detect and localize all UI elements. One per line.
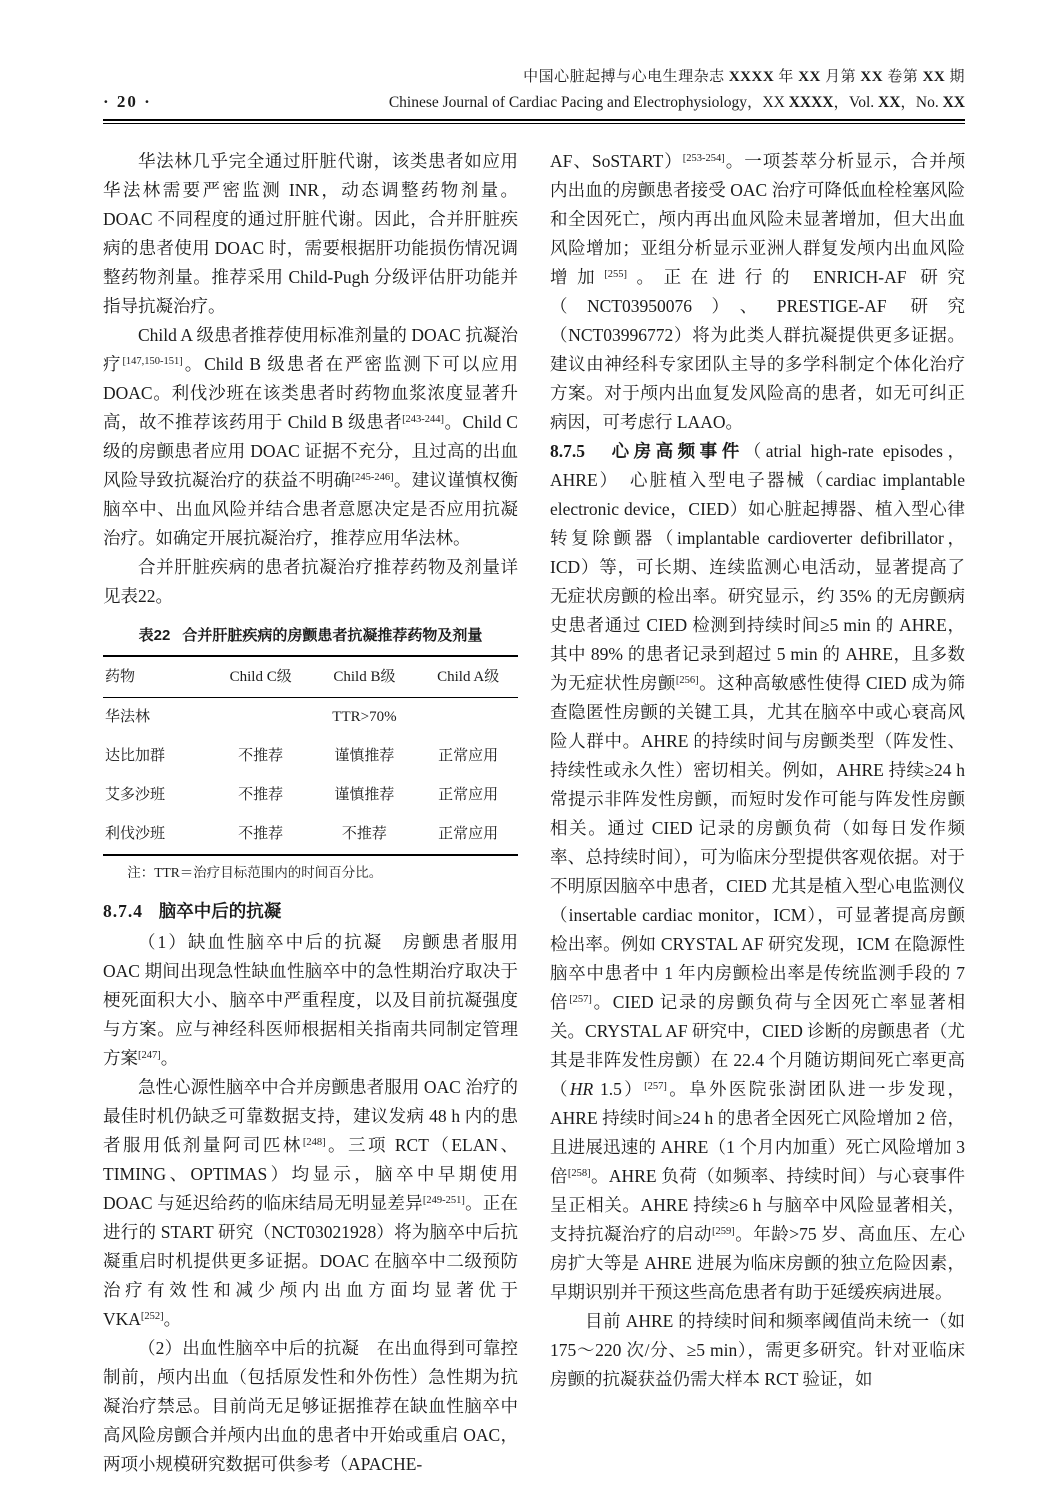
section-heading-8-7-4: 8.7.4脑卒中后的抗凝 xyxy=(103,897,518,926)
paragraph-ich-continuation: AF、SoSTART）[253-254]。一项荟萃分析显示，合并颅内出血的房颤患… xyxy=(550,147,965,437)
two-column-body: 华法林几乎完全通过肝脏代谢，该类患者如应用华法林需要严密监测 INR，动态调整药… xyxy=(103,147,965,1479)
table-22-title: 合并肝脏疾病的房颤患者抗凝推荐药物及剂量 xyxy=(182,627,482,644)
cell: TTR>70% xyxy=(310,698,418,738)
table-header-row: 药物 Child C级 Child B级 Child A级 xyxy=(103,656,518,698)
journal-title-cn: 中国心脏起搏与心电生理杂志 XXXX 年 XX 月第 XX 卷第 XX 期 xyxy=(103,66,965,89)
table-row-warfarin: 华法林 TTR>70% xyxy=(103,698,518,738)
table-row-dabigatran: 达比加群 不推荐 谨慎推荐 正常应用 xyxy=(103,737,518,776)
journal-title-en: Chinese Journal of Cardiac Pacing and El… xyxy=(389,91,965,114)
section-number: 8.7.4 xyxy=(103,901,143,921)
cell: 艾多沙班 xyxy=(103,776,211,815)
table-22: 药物 Child C级 Child B级 Child A级 华法林 TTR>70… xyxy=(103,655,518,856)
table-row-edoxaban: 艾多沙班 不推荐 谨慎推荐 正常应用 xyxy=(103,776,518,815)
cell: 利伐沙班 xyxy=(103,815,211,855)
cell: 不推荐 xyxy=(211,815,311,855)
cell: 华法林 xyxy=(103,698,211,738)
col-header-child-b: Child B级 xyxy=(310,656,418,698)
cell: 不推荐 xyxy=(310,815,418,855)
cell: 谨慎推荐 xyxy=(310,737,418,776)
cell: 正常应用 xyxy=(418,737,518,776)
paragraph-child-grades: Child A 级患者推荐使用标准剂量的 DOAC 抗凝治疗[147,150-1… xyxy=(103,321,518,553)
paragraph-hemorrhagic-stroke: （2）出血性脑卒中后的抗凝 在出血得到可靠控制前，颅内出血（包括原发性和外伤性）… xyxy=(103,1334,518,1479)
table-22-caption: 表22合并肝脏疾病的房颤患者抗凝推荐药物及剂量 xyxy=(103,625,518,647)
left-column: 华法林几乎完全通过肝脏代谢，该类患者如应用华法林需要严密监测 INR，动态调整药… xyxy=(103,147,518,1479)
section-title: 脑卒中后的抗凝 xyxy=(159,901,282,921)
cell xyxy=(211,698,311,738)
cell: 达比加群 xyxy=(103,737,211,776)
section-8-7-5-runin-paragraph: 8.7.5 心房高频事件（atrial high-rate episodes，A… xyxy=(550,437,965,1307)
cell: 不推荐 xyxy=(211,737,311,776)
header-rule xyxy=(103,119,965,124)
table-row-rivaroxaban: 利伐沙班 不推荐 不推荐 正常应用 xyxy=(103,815,518,855)
table-22-label: 表22 xyxy=(139,627,171,644)
paragraph-see-table22: 合并肝脏疾病的患者抗凝治疗推荐药物及剂量详见表22。 xyxy=(103,553,518,611)
page-number: · 20 · xyxy=(103,92,152,112)
paragraph-ischemic-stroke: （1）缺血性脑卒中后的抗凝 房颤患者服用 OAC 期间出现急性缺血性脑卒中的急性… xyxy=(103,928,518,1073)
cell xyxy=(418,698,518,738)
paragraph-warfarin-liver: 华法林几乎完全通过肝脏代谢，该类患者如应用华法林需要严密监测 INR，动态调整药… xyxy=(103,147,518,321)
journal-page: 中国心脏起搏与心电生理杂志 XXXX 年 XX 月第 XX 卷第 XX 期 · … xyxy=(0,0,1050,1485)
paragraph-acute-stroke-oac: 急性心源性脑卒中合并房颤患者服用 OAC 治疗的最佳时机仍缺乏可靠数据支持，建议… xyxy=(103,1073,518,1334)
col-header-child-a: Child A级 xyxy=(418,656,518,698)
table-22-note: 注：TTR＝治疗目标范围内的时间百分比。 xyxy=(103,863,518,883)
cell: 不推荐 xyxy=(211,776,311,815)
page-header: 中国心脏起搏与心电生理杂志 XXXX 年 XX 月第 XX 卷第 XX 期 · … xyxy=(103,66,965,124)
col-header-drug: 药物 xyxy=(103,656,211,698)
paragraph-ahre-thresholds: 目前 AHRE 的持续时间和频率阈值尚未统一（如 175～220 次/分、≥5 … xyxy=(550,1307,965,1394)
cell: 正常应用 xyxy=(418,815,518,855)
cell: 谨慎推荐 xyxy=(310,776,418,815)
cell: 正常应用 xyxy=(418,776,518,815)
right-column: AF、SoSTART）[253-254]。一项荟萃分析显示，合并颅内出血的房颤患… xyxy=(550,147,965,1479)
col-header-child-c: Child C级 xyxy=(211,656,311,698)
table-22-block: 表22合并肝脏疾病的房颤患者抗凝推荐药物及剂量 药物 Child C级 Chil… xyxy=(103,625,518,883)
header-second-line: · 20 · Chinese Journal of Cardiac Pacing… xyxy=(103,91,965,114)
